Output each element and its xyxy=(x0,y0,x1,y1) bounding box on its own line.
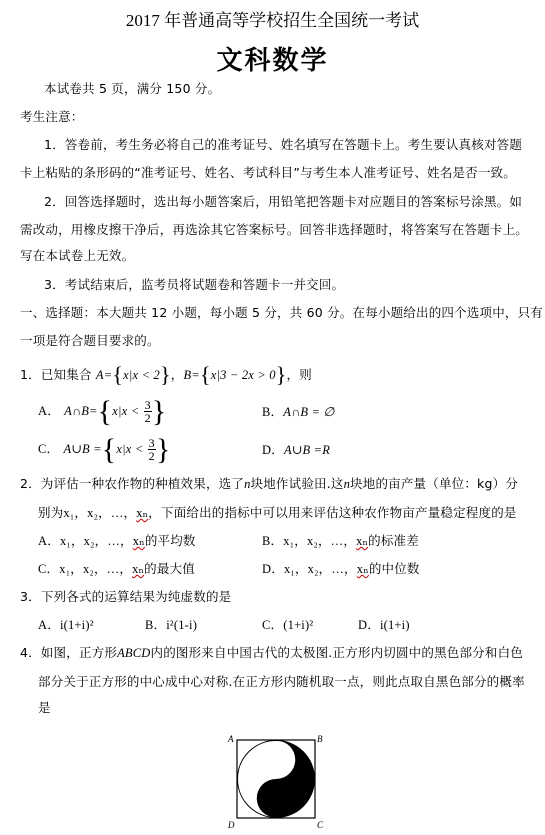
sequence: x₁，x₂，…， xyxy=(60,534,133,548)
sequence: x₁，x₂，…， xyxy=(284,562,357,576)
question-4-line-3: 是 xyxy=(38,698,51,716)
option-label: B． xyxy=(145,618,166,632)
question-3-stem: 3．下列各式的运算结果为纯虚数的是 xyxy=(20,587,231,605)
option-label: C． xyxy=(38,562,59,576)
stem-text: ，则 xyxy=(287,367,312,382)
right-brace: } xyxy=(276,362,287,387)
sequence: x₁，x₂，…， xyxy=(59,562,132,576)
option-text: A∪B =R xyxy=(284,443,330,457)
option-label: B． xyxy=(262,534,283,548)
question-1-option-d: D．A∪B =R xyxy=(262,440,330,458)
option-label: B． xyxy=(262,405,283,419)
question-1-option-a: A． A∩B={x|x < 32} xyxy=(38,395,166,429)
stem-text: 别为 xyxy=(38,505,63,520)
variable-xn: xₙ xyxy=(356,534,368,548)
option-text: 的最大值 xyxy=(144,561,195,576)
question-number: 2． xyxy=(20,476,41,491)
intro-text: 本试卷共 5 页，满分 150 分。 xyxy=(44,79,220,97)
vertex-c-label: C xyxy=(317,820,324,830)
section-heading-line-1: 一、选择题：本大题共 12 小题，每小题 5 分，共 60 分。在每小题给出的四… xyxy=(20,303,543,321)
option-text: 的标准差 xyxy=(368,533,419,548)
variable-xn: xₙ xyxy=(357,562,369,576)
variable-xn: xₙ xyxy=(132,562,144,576)
yin-yang-icon: A B D C xyxy=(225,734,325,832)
denominator: 2 xyxy=(144,412,152,424)
option-label: D． xyxy=(262,443,284,457)
option-lhs: A∩B= xyxy=(64,404,98,418)
right-brace: } xyxy=(156,433,171,466)
exam-subject: 文科数学 xyxy=(0,40,545,77)
notice-text: 答卷前，考生务必将自己的准考证号、姓名填写在答题卡上。考生要认真核对答题 xyxy=(65,137,522,152)
right-brace: } xyxy=(160,362,171,387)
question-number: 4． xyxy=(20,645,41,660)
square-label: ABCD xyxy=(117,646,150,660)
separator: ， xyxy=(171,367,184,382)
question-1-option-b: B．A∩B = ∅ xyxy=(262,402,335,420)
question-1-stem: 1．已知集合 A={x|x < 2}，B={x|3 − 2x > 0}，则 xyxy=(20,362,312,388)
sequence: x₁，x₂，…， xyxy=(63,506,136,520)
option-text: i(1+i) xyxy=(380,618,410,632)
question-2-option-c: C．x₁，x₂，…，xₙ的最大值 xyxy=(38,559,195,577)
question-2-line-2: 别为x₁，x₂，…，xₙ，下面给出的指标中可以用来评估这种农作物亩产量稳定程度的… xyxy=(38,503,517,521)
notice-item-1-line-2: 卡上粘贴的条形码的“准考证号、姓名、考试科目”与考生本人准考证号、姓名是否一致。 xyxy=(20,163,516,181)
notice-item-2-line-3: 写在本试卷上无效。 xyxy=(20,246,134,264)
option-text: A∩B = ∅ xyxy=(283,405,334,419)
notice-num: 3． xyxy=(44,277,65,292)
option-text: i(1+i)² xyxy=(60,618,94,632)
question-2-option-d: D．x₁，x₂，…，xₙ的中位数 xyxy=(262,559,420,577)
fraction: 32 xyxy=(144,399,152,424)
exam-title: 2017 年普通高等学校招生全国统一考试 xyxy=(0,6,545,31)
stem-text: 块地的亩产量（单位：kg）分 xyxy=(350,476,518,491)
left-brace: { xyxy=(200,362,211,387)
stem-text: 下列各式的运算结果为纯虚数的是 xyxy=(41,589,232,604)
notice-item-1-line-1: 1．答卷前，考生务必将自己的准考证号、姓名填写在答题卡上。考生要认真核对答题 xyxy=(44,135,522,153)
variable-xn: xₙ xyxy=(133,534,145,548)
notice-item-3-line-1: 3．考试结束后，监考员将试题卷和答题卡一并交回。 xyxy=(44,275,344,293)
stem-text: 为评估一种农作物的种植效果，选了 xyxy=(41,476,244,491)
vertex-a-label: A xyxy=(227,734,234,744)
notice-item-2-line-1: 2．回答选择题时，选出每小题答案后，用铅笔把答题卡对应题目的答案标号涂黑。如 xyxy=(44,192,522,210)
set-b-label: B= xyxy=(183,368,199,382)
notice-num: 1． xyxy=(44,137,65,152)
question-3-option-a: A．i(1+i)² xyxy=(38,615,94,633)
question-3-option-d: D．i(1+i) xyxy=(358,615,410,633)
notice-num: 2． xyxy=(44,194,65,209)
stem-text: 已知集合 xyxy=(41,367,92,382)
option-label: C． xyxy=(262,618,283,632)
notice-text: 回答选择题时，选出每小题答案后，用铅笔把答题卡对应题目的答案标号涂黑。如 xyxy=(65,194,522,209)
notice-item-2-line-2: 需改动，用橡皮擦干净后，再选涂其它答案标号。回答非选择题时，将答案写在答题卡上。 xyxy=(20,220,528,238)
option-label: D． xyxy=(262,562,284,576)
option-lhs: A∪B = xyxy=(63,442,101,456)
option-label: D． xyxy=(358,618,380,632)
left-brace: { xyxy=(98,395,113,428)
right-brace: } xyxy=(152,395,167,428)
vertex-b-label: B xyxy=(317,734,323,744)
question-2-line-1: 2．为评估一种农作物的种植效果，选了n块地作试验田.这n块地的亩产量（单位：kg… xyxy=(20,474,518,492)
stem-text: 内的图形来自中国古代的太极图.正方形内切圆中的黑色部分和白色 xyxy=(151,645,523,660)
question-4-line-2: 部分关于正方形的中心成中心对称.在正方形内随机取一点，则此点取自黑色部分的概率 xyxy=(38,672,525,690)
question-1-option-c: C． A∪B ={x|x < 32} xyxy=(38,433,170,467)
option-label: A． xyxy=(38,534,60,548)
option-body: x|x < xyxy=(112,404,139,418)
fraction: 32 xyxy=(148,437,156,462)
vertex-d-label: D xyxy=(227,820,235,830)
question-2-option-a: A．x₁，x₂，…，xₙ的平均数 xyxy=(38,531,196,549)
option-label: C． xyxy=(38,442,59,456)
option-label: A． xyxy=(38,404,60,418)
left-brace: { xyxy=(112,362,123,387)
denominator: 2 xyxy=(148,450,156,462)
stem-text: 如图，正方形 xyxy=(41,645,117,660)
notice-heading: 考生注意： xyxy=(20,107,84,125)
sequence: x₁，x₂，…， xyxy=(283,534,356,548)
question-2-option-b: B．x₁，x₂，…，xₙ的标准差 xyxy=(262,531,419,549)
option-body: x|x < xyxy=(116,442,143,456)
notice-text: 考试结束后，监考员将试题卷和答题卡一并交回。 xyxy=(65,277,344,292)
option-text: (1+i)² xyxy=(283,618,313,632)
left-brace: { xyxy=(102,433,117,466)
set-a-body: x|x < 2 xyxy=(123,368,160,382)
question-3-option-b: B．i²(1-i) xyxy=(145,615,197,633)
question-number: 3． xyxy=(20,589,41,604)
set-a-label: A= xyxy=(96,368,112,382)
option-text: i²(1-i) xyxy=(166,618,197,632)
stem-text: 块地作试验田.这 xyxy=(251,476,344,491)
section-heading-line-2: 一项是符合题目要求的。 xyxy=(20,331,160,349)
variable-xn: xₙ xyxy=(136,506,148,520)
option-label: A． xyxy=(38,618,60,632)
option-text: 的平均数 xyxy=(145,533,196,548)
stem-text: ，下面给出的指标中可以用来评估这种农作物亩产量稳定程度的是 xyxy=(148,505,516,520)
option-text: 的中位数 xyxy=(369,561,420,576)
taiji-figure: A B D C xyxy=(225,734,325,832)
question-3-option-c: C．(1+i)² xyxy=(262,615,313,633)
question-4-line-1: 4．如图，正方形ABCD内的图形来自中国古代的太极图.正方形内切圆中的黑色部分和… xyxy=(20,643,523,661)
set-b-body: x|3 − 2x > 0 xyxy=(211,368,276,382)
question-number: 1． xyxy=(20,367,41,382)
